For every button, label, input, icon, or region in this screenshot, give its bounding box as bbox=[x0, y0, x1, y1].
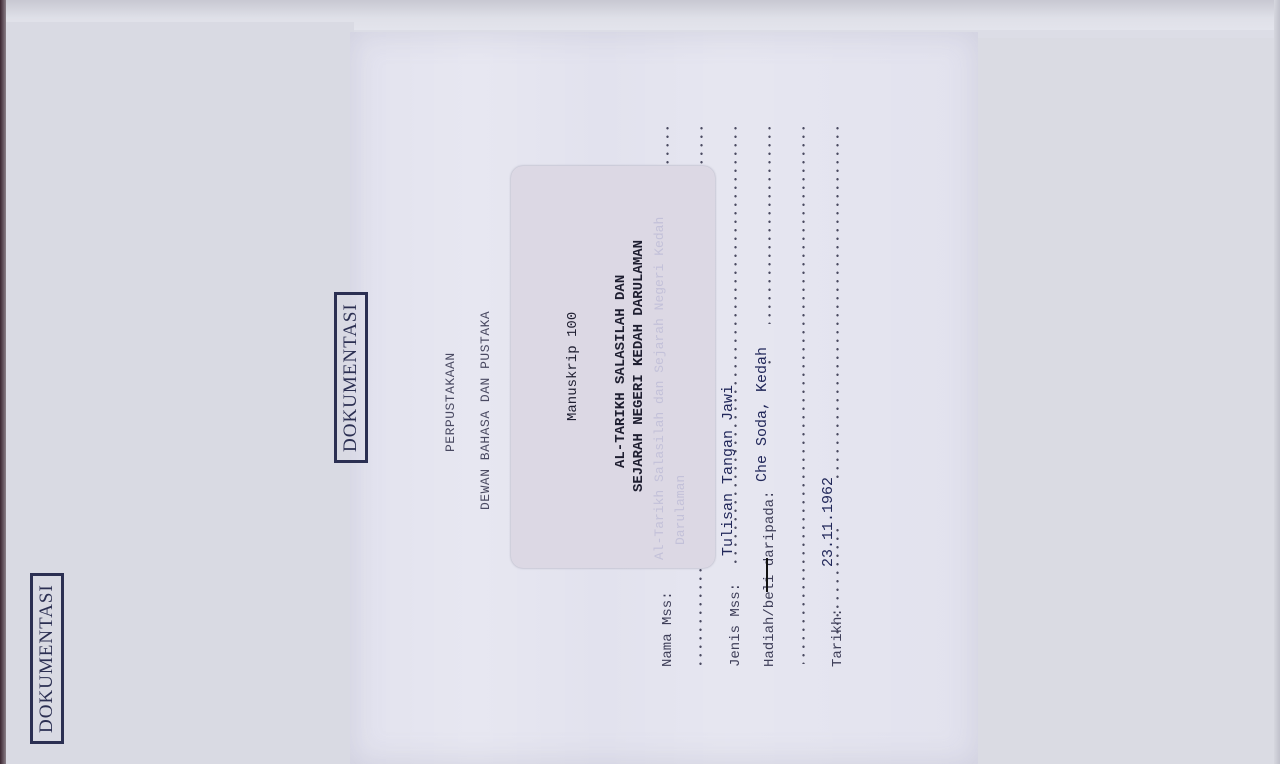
library-name-line2: DEWAN BAHASA DAN PUSTAKA bbox=[478, 311, 493, 510]
show-through-text: Al-Tarikh Salasilah dan Sejarah Negeri K… bbox=[652, 217, 667, 560]
dotted-rule bbox=[802, 124, 805, 664]
strikethrough-mark bbox=[766, 558, 768, 592]
manuscript-title-line1: AL-TARIKH SALASILAH DAN bbox=[613, 275, 629, 468]
manuscript-number: Manuskrip 100 bbox=[565, 312, 581, 421]
jenis-mss-label: Jenis Mss: bbox=[728, 583, 744, 667]
dotted-rule bbox=[666, 124, 669, 166]
tarikh-label: Tarikh: bbox=[830, 608, 846, 667]
jenis-mss-value: Tulisan Tangan Jawi bbox=[720, 385, 737, 556]
manuscript-title-line2: SEJARAH NEGERI KEDAH DARULAMAN bbox=[631, 240, 647, 492]
library-name-line1: PERPUSTAKAAN bbox=[443, 352, 458, 452]
nama-mss-label: Nama Mss: bbox=[660, 591, 676, 667]
dotted-rule bbox=[700, 124, 703, 166]
dotted-rule bbox=[699, 566, 702, 666]
tarikh-value: 23.11.1962 bbox=[820, 477, 837, 567]
show-through-text: Darulaman bbox=[673, 475, 688, 545]
page-right-edge bbox=[1274, 0, 1280, 764]
dokumentasi-stamp: DOKUMENTASI bbox=[334, 292, 368, 463]
hadiah-label: Hadiah/beli daripada: bbox=[762, 491, 778, 667]
right-endpaper bbox=[975, 38, 1277, 764]
hadiah-value: Che Soda, Kedah bbox=[754, 347, 771, 482]
dokumentasi-stamp: DOKUMENTASI bbox=[30, 573, 64, 744]
dotted-rule bbox=[836, 124, 839, 484]
dotted-rule bbox=[768, 124, 771, 324]
